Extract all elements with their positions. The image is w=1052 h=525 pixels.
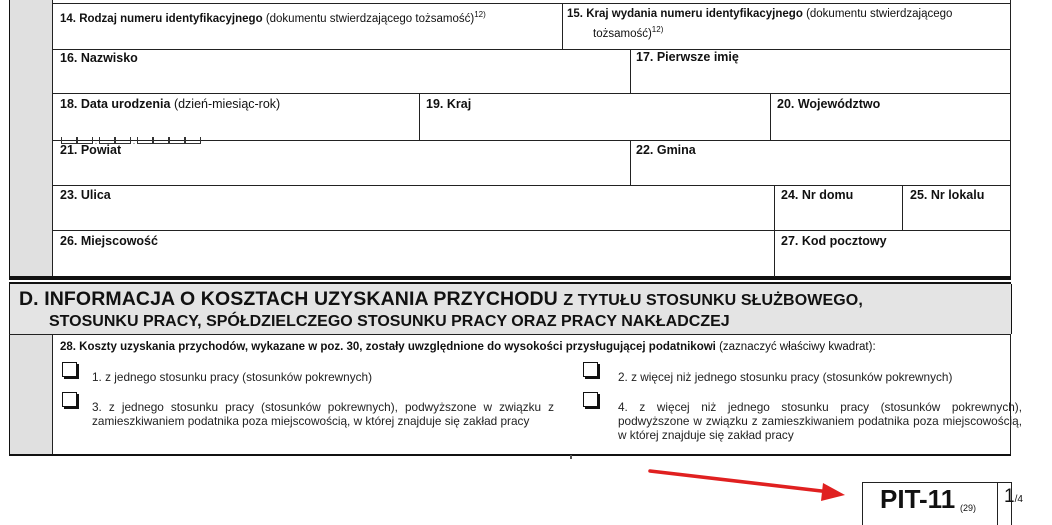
form-version: (29) bbox=[960, 503, 976, 513]
option-2-label: 2. z więcej niż jednego stosunku pracy (… bbox=[618, 370, 952, 384]
field-16-label[interactable]: 16. Nazwisko bbox=[60, 51, 138, 66]
row-line bbox=[52, 230, 1010, 231]
frame-line bbox=[52, 0, 53, 277]
row-line bbox=[52, 93, 1010, 94]
field-27-label[interactable]: 27. Kod pocztowy bbox=[781, 234, 887, 249]
field-19-label[interactable]: 19. Kraj bbox=[426, 97, 471, 112]
field-18-label[interactable]: 18. Data urodzenia (dzień-miesiąc-rok) bbox=[60, 97, 280, 112]
birth-date-input[interactable]: .. bbox=[61, 126, 201, 134]
row-line bbox=[52, 185, 1010, 186]
margin-column bbox=[9, 334, 53, 455]
cell-divider bbox=[562, 3, 563, 49]
row-line bbox=[52, 3, 1010, 4]
option-1-label: 1. z jednego stosunku pracy (stosunków p… bbox=[92, 370, 372, 384]
tick-mark bbox=[570, 455, 572, 459]
option-3-label: 3. z jednego stosunku pracy (stosunków p… bbox=[92, 400, 554, 428]
option-4-checkbox[interactable] bbox=[583, 392, 598, 407]
field-21-label[interactable]: 21. Powiat bbox=[60, 143, 121, 158]
row-line bbox=[9, 334, 1011, 335]
cell-divider bbox=[774, 185, 775, 277]
cell-divider bbox=[630, 140, 631, 185]
cell-divider bbox=[997, 482, 998, 525]
frame-line bbox=[1010, 0, 1011, 277]
option-2-checkbox[interactable] bbox=[583, 362, 598, 377]
option-1-checkbox[interactable] bbox=[62, 362, 77, 377]
section-divider bbox=[9, 276, 1011, 280]
section-d-title: D. INFORMACJA O KOSZTACH UZYSKANIA PRZYC… bbox=[19, 288, 863, 311]
frame-line bbox=[52, 334, 53, 455]
field-25-label[interactable]: 25. Nr lokalu bbox=[910, 188, 984, 203]
row-line bbox=[9, 454, 1011, 456]
field-17-label[interactable]: 17. Pierwsze imię bbox=[636, 50, 739, 65]
cell-divider bbox=[770, 93, 771, 140]
page-indicator: 1/4 bbox=[1004, 486, 1023, 508]
question-28-label: 28. Koszty uzyskania przychodów, wykazan… bbox=[60, 340, 876, 355]
field-26-label[interactable]: 26. Miejscowość bbox=[60, 234, 158, 249]
cell-divider bbox=[902, 185, 903, 230]
field-15-label[interactable]: 15. Kraj wydania numeru identyfikacyjneg… bbox=[567, 7, 952, 22]
option-3-checkbox[interactable] bbox=[62, 392, 77, 407]
margin-column bbox=[9, 0, 53, 277]
field-22-label[interactable]: 22. Gmina bbox=[636, 143, 696, 158]
cell-divider bbox=[630, 49, 631, 93]
field-15-label-cont: tożsamość)12) bbox=[593, 22, 663, 42]
red-arrow-icon bbox=[645, 465, 855, 505]
cell-divider bbox=[419, 93, 420, 140]
form-code: PIT-11 bbox=[880, 484, 955, 515]
option-4-label: 4. z więcej niż jednego stosunku pracy (… bbox=[618, 400, 1022, 442]
section-d-title-line2: STOSUNKU PRACY, SPÓŁDZIELCZEGO STOSUNKU … bbox=[49, 313, 730, 331]
field-20-label[interactable]: 20. Województwo bbox=[777, 97, 880, 112]
field-24-label[interactable]: 24. Nr domu bbox=[781, 188, 853, 203]
row-line bbox=[52, 49, 1010, 50]
field-23-label[interactable]: 23. Ulica bbox=[60, 188, 111, 203]
field-14-label[interactable]: 14. Rodzaj numeru identyfikacyjnego (dok… bbox=[60, 7, 486, 27]
